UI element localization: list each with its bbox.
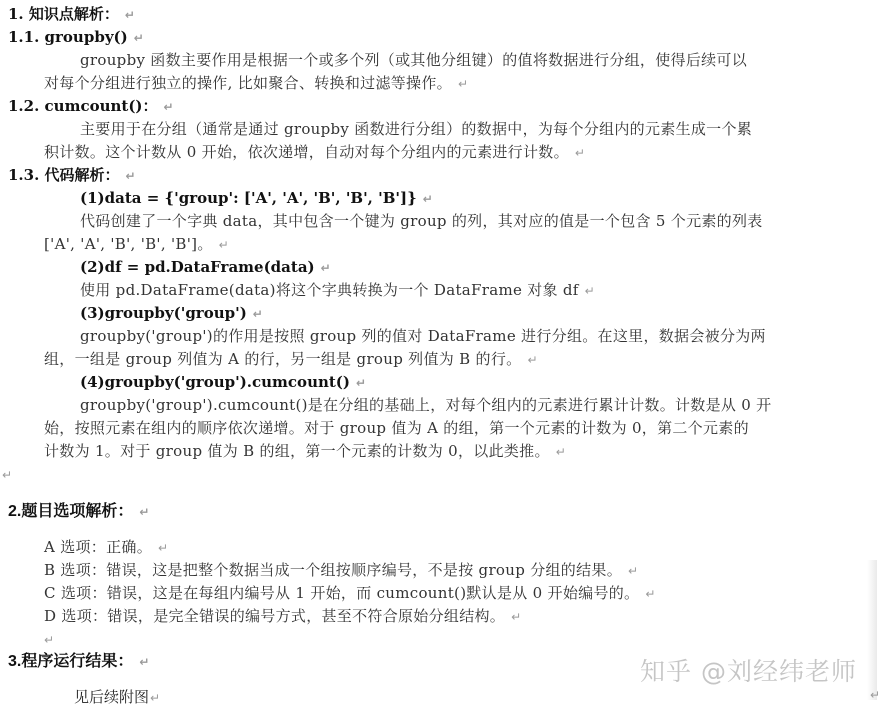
paragraph-mark-icon: ↵ bbox=[628, 564, 638, 578]
paragraph-mark-icon: ↵ bbox=[219, 238, 229, 252]
code-item-1: (1)data = {'group': ['A', 'A', 'B', 'B',… bbox=[80, 187, 433, 210]
paragraph-mark-icon: ↵ bbox=[511, 610, 521, 624]
section3-body: 见后续附图↵ bbox=[74, 686, 160, 705]
paragraph-line: ['A', 'A', 'B', 'B', 'B']。↵ bbox=[44, 233, 229, 256]
subsection-1-1-heading: 1.1. groupby()↵ bbox=[8, 26, 144, 49]
code-item-4: (4)groupby('group').cumcount()↵ bbox=[80, 371, 366, 394]
section2-heading: 2.题目选项解析：↵ bbox=[8, 500, 149, 523]
paragraph-mark-icon: ↵ bbox=[423, 192, 433, 206]
paragraph-line: groupby('group')的作用是按照 group 列的值对 DataFr… bbox=[80, 325, 766, 348]
subsection-1-3-heading: 1.3. 代码解析：↵ bbox=[8, 164, 136, 187]
paragraph-line: 使用 pd.DataFrame(data)将这个字典转换为一个 DataFram… bbox=[80, 279, 595, 302]
paragraph-mark-icon: ↵ bbox=[556, 445, 566, 459]
section1-heading: 1. 知识点解析：↵ bbox=[8, 3, 135, 26]
paragraph-line: 计数为 1。对于 group 值为 B 的组，第一个元素的计数为 0，以此类推。… bbox=[44, 440, 566, 463]
page-edge-shadow bbox=[867, 560, 877, 700]
code-item-3: (3)groupby('group')↵ bbox=[80, 302, 263, 325]
paragraph-mark-icon: ↵ bbox=[253, 307, 263, 321]
document-page: 1. 知识点解析：↵ 1.1. groupby()↵ groupby 函数主要作… bbox=[0, 0, 886, 705]
watermark: 知乎 @刘经纬老师 bbox=[640, 652, 857, 688]
paragraph-line: groupby 函数主要作用是根据一个或多个列（或其他分组键）的值将数据进行分组… bbox=[80, 49, 747, 72]
option-c: C 选项：错误，这是在每组内编号从 1 开始，而 cumcount()默认是从 … bbox=[44, 582, 656, 605]
paragraph-mark-icon: ↵ bbox=[126, 169, 136, 183]
paragraph-mark-icon: ↵ bbox=[870, 688, 880, 702]
option-d: D 选项：错误，是完全错误的编号方式，甚至不符合原始分组结构。↵ bbox=[44, 605, 521, 628]
paragraph-mark-icon: ↵ bbox=[645, 587, 655, 601]
paragraph-mark-icon: ↵ bbox=[44, 633, 54, 647]
paragraph-mark-icon: ↵ bbox=[164, 100, 174, 114]
paragraph-mark-icon: ↵ bbox=[158, 541, 168, 555]
paragraph-mark-icon: ↵ bbox=[356, 376, 366, 390]
paragraph-mark-icon: ↵ bbox=[321, 261, 331, 275]
section3-heading: 3.程序运行结果：↵ bbox=[8, 650, 149, 673]
empty-paragraph: ↵ bbox=[2, 463, 12, 486]
paragraph-line: groupby('group').cumcount()是在分组的基础上，对每个组… bbox=[80, 394, 771, 417]
option-b: B 选项：错误，这是把整个数据当成一个组按顺序编号，不是按 group 分组的结… bbox=[44, 559, 638, 582]
paragraph-mark-icon: ↵ bbox=[139, 655, 149, 669]
paragraph-mark-icon: ↵ bbox=[458, 77, 468, 91]
paragraph-line: 始，按照元素在组内的顺序依次递增。对于 group 值为 A 的组，第一个元素的… bbox=[44, 417, 749, 440]
paragraph-mark-icon: ↵ bbox=[575, 146, 585, 160]
paragraph-mark-icon: ↵ bbox=[134, 31, 144, 45]
paragraph-line: 代码创建了一个字典 data，其中包含一个键为 group 的列，其对应的值是一… bbox=[80, 210, 763, 233]
paragraph-line: 组，一组是 group 列值为 A 的行，另一组是 group 列值为 B 的行… bbox=[44, 348, 538, 371]
code-item-2: (2)df = pd.DataFrame(data)↵ bbox=[80, 256, 331, 279]
paragraph-mark-icon: ↵ bbox=[585, 284, 595, 298]
paragraph-mark-icon: ↵ bbox=[150, 691, 160, 705]
paragraph-line: 积计数。这个计数从 0 开始，依次递增，自动对每个分组内的元素进行计数。↵ bbox=[44, 141, 585, 164]
subsection-1-2-heading: 1.2. cumcount()：↵ bbox=[8, 95, 174, 118]
paragraph-mark-icon: ↵ bbox=[139, 505, 149, 519]
paragraph-line: 主要用于在分组（通常是通过 groupby 函数进行分组）的数据中，为每个分组内… bbox=[80, 118, 752, 141]
paragraph-line: 对每个分组进行独立的操作, 比如聚合、转换和过滤等操作。↵ bbox=[44, 72, 468, 95]
empty-paragraph: ↵ bbox=[44, 628, 54, 651]
paragraph-mark-icon: ↵ bbox=[527, 353, 537, 367]
paragraph-mark-icon: ↵ bbox=[2, 468, 12, 482]
paragraph-mark-icon: ↵ bbox=[125, 8, 135, 22]
option-a: A 选项：正确。↵ bbox=[44, 536, 168, 559]
